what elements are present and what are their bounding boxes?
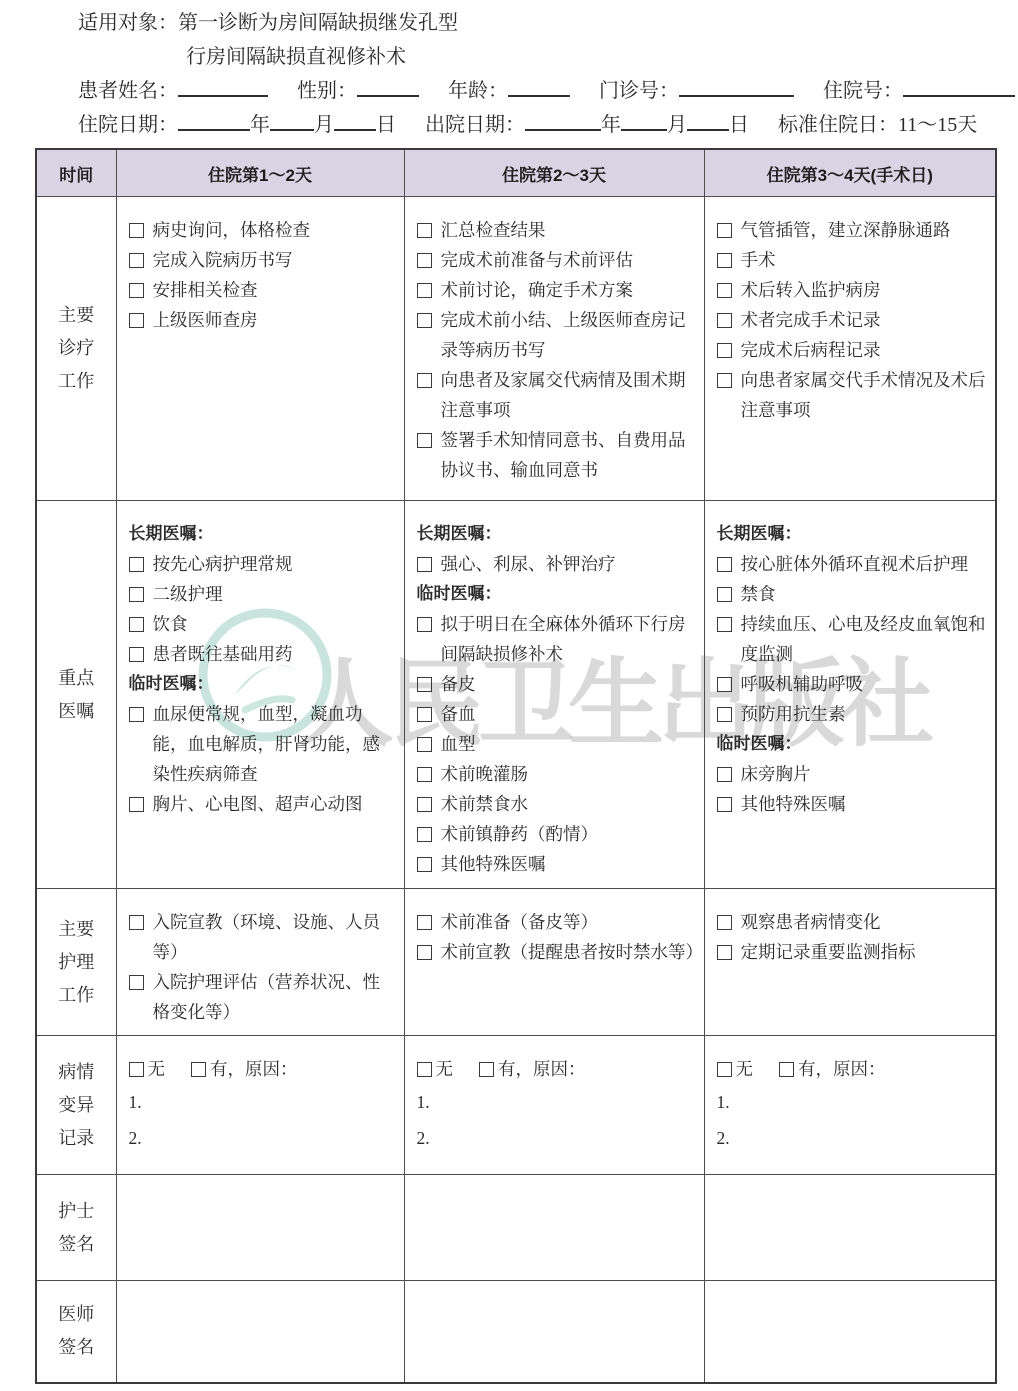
checkbox-label: 术前宣教（提醒患者按时禁水等） (441, 937, 696, 967)
checkbox-label: 无 (736, 1054, 754, 1084)
checkbox-label: 完成入院病历书写 (153, 245, 396, 275)
checkbox-item: 完成入院病历书写 (129, 245, 396, 275)
checkbox-item: 按先心病护理常规 (129, 549, 396, 579)
checkbox[interactable] (129, 587, 144, 602)
checkbox-label: 术前晚灌肠 (441, 759, 696, 789)
checkbox[interactable] (717, 343, 732, 358)
dates-line: 住院日期：年月日 出院日期：年月日 标准住院日：11～15天 (78, 110, 977, 140)
variation-options: 无有，原因： (129, 1054, 396, 1084)
table-row: 重点医嘱长期医嘱：按先心病护理常规二级护理饮食患者既往基础用药临时医嘱：血尿便常… (36, 501, 996, 889)
column-header: 住院第2～3天 (404, 149, 704, 197)
column-header: 住院第1～2天 (116, 149, 404, 197)
checkbox-label: 上级医师查房 (153, 305, 396, 335)
table-cell (116, 1281, 404, 1383)
checkbox[interactable] (717, 223, 732, 238)
checkbox-label: 饮食 (153, 609, 396, 639)
checkbox-item: 无 (417, 1054, 454, 1084)
checkbox-item: 禁食 (717, 579, 988, 609)
table-cell: 长期医嘱：按心脏体外循环直视术后护理禁食持续血压、心电及经皮血氧饱和度监测呼吸机… (704, 501, 996, 889)
checkbox-label: 无 (436, 1054, 454, 1084)
checkbox-item: 无 (717, 1054, 754, 1084)
discharge-month-field[interactable] (621, 111, 667, 131)
table-cell (116, 1175, 404, 1281)
table-cell: 长期医嘱：强心、利尿、补钾治疗临时医嘱：拟于明日在全麻体外循环下行房间隔缺损修补… (404, 501, 704, 889)
outpatient-no-label: 门诊号： (599, 80, 679, 102)
checkbox-item: 有，原因： (779, 1054, 886, 1084)
table-row: 主要诊疗工作病史询问，体格检查完成入院病历书写安排相关检查上级医师查房汇总检查结… (36, 197, 996, 501)
checkbox-label: 患者既往基础用药 (153, 639, 396, 669)
checkbox-label: 血尿便常规，血型，凝血功能，血电解质，肝肾功能，感染性疾病筛查 (153, 699, 396, 789)
checkbox-label: 入院护理评估（营养状况、性格变化等） (153, 967, 396, 1027)
checkbox-label: 术前讨论，确定手术方案 (441, 275, 696, 305)
checkbox[interactable] (717, 767, 732, 782)
age-label: 年龄： (448, 80, 508, 102)
checkbox[interactable] (717, 677, 732, 692)
table-cell: 入院宣教（环境、设施、人员等）入院护理评估（营养状况、性格变化等） (116, 889, 404, 1036)
checkbox[interactable] (717, 617, 732, 632)
table-cell (404, 1175, 704, 1281)
inpatient-no-field[interactable] (903, 77, 1015, 97)
checkbox[interactable] (417, 283, 432, 298)
pathway-table: 时间住院第1～2天住院第2～3天住院第3～4天(手术日) 主要诊疗工作病史询问，… (35, 148, 997, 1384)
checkbox-label: 气管插管，建立深静脉通路 (741, 215, 988, 245)
discharge-day-field[interactable] (687, 111, 729, 131)
discharge-year-field[interactable] (525, 111, 601, 131)
checkbox-item: 手术 (717, 245, 988, 275)
checkbox-label: 汇总检查结果 (441, 215, 696, 245)
checkbox[interactable] (417, 1062, 432, 1077)
checkbox-item: 定期记录重要监测指标 (717, 937, 988, 967)
order-heading: 临时医嘱： (717, 729, 988, 759)
checkbox-label: 床旁胸片 (741, 759, 988, 789)
column-header: 住院第3～4天(手术日) (704, 149, 996, 197)
patient-name-field[interactable] (178, 77, 268, 97)
checkbox[interactable] (717, 557, 732, 572)
applies-line-1: 适用对象：第一诊断为房间隔缺损继发孔型 (78, 8, 458, 38)
checkbox-item: 签署手术知情同意书、自费用品协议书、输血同意书 (417, 425, 696, 485)
checkbox-item: 病史询问，体格检查 (129, 215, 396, 245)
checkbox-label: 向患者及家属交代病情及围术期注意事项 (441, 365, 696, 425)
checkbox[interactable] (717, 373, 732, 388)
table-cell: 汇总检查结果完成术前准备与术前评估术前讨论，确定手术方案完成术前小结、上级医师查… (404, 197, 704, 501)
checkbox[interactable] (417, 857, 432, 872)
table-body: 主要诊疗工作病史询问，体格检查完成入院病历书写安排相关检查上级医师查房汇总检查结… (36, 197, 996, 1383)
applies-line-2: 行房间隔缺损直视修补术 (186, 42, 406, 72)
row-label: 医师签名 (36, 1281, 116, 1383)
checkbox-item: 向患者家属交代手术情况及术后注意事项 (717, 365, 988, 425)
column-header: 时间 (36, 149, 116, 197)
checkbox-item: 有，原因： (479, 1054, 586, 1084)
checkbox[interactable] (779, 1062, 794, 1077)
checkbox[interactable] (417, 617, 432, 632)
checkbox-item: 入院护理评估（营养状况、性格变化等） (129, 967, 396, 1027)
list-number: 2. (129, 1120, 396, 1156)
checkbox-item: 术前镇静药（酌情） (417, 819, 696, 849)
checkbox[interactable] (717, 283, 732, 298)
checkbox-item: 完成术前小结、上级医师查房记录等病历书写 (417, 305, 696, 365)
checkbox[interactable] (417, 677, 432, 692)
checkbox[interactable] (129, 915, 144, 930)
checkbox-item: 血尿便常规，血型，凝血功能，血电解质，肝肾功能，感染性疾病筛查 (129, 699, 396, 789)
table-row: 护士签名 (36, 1175, 996, 1281)
month-label-2: 月 (667, 114, 687, 136)
checkbox-item: 拟于明日在全麻体外循环下行房间隔缺损修补术 (417, 609, 696, 669)
checkbox-item: 入院宣教（环境、设施、人员等） (129, 907, 396, 967)
checkbox[interactable] (417, 767, 432, 782)
checkbox-label: 禁食 (741, 579, 988, 609)
checkbox[interactable] (717, 915, 732, 930)
checkbox[interactable] (129, 557, 144, 572)
patient-info-line: 患者姓名： 性别： 年龄： 门诊号： 住院号： (78, 76, 1015, 106)
year-label-2: 年 (601, 114, 621, 136)
day-label-2: 日 (729, 114, 749, 136)
checkbox-label: 持续血压、心电及经皮血氧饱和度监测 (741, 609, 988, 669)
checkbox[interactable] (717, 587, 732, 602)
checkbox-item: 按心脏体外循环直视术后护理 (717, 549, 988, 579)
checkbox[interactable] (191, 1062, 206, 1077)
checkbox[interactable] (417, 737, 432, 752)
checkbox-label: 完成术后病程记录 (741, 335, 988, 365)
table-cell: 无有，原因：1.2. (704, 1036, 996, 1175)
checkbox-label: 术者完成手术记录 (741, 305, 988, 335)
order-heading: 临时医嘱： (417, 579, 696, 609)
checkbox-label: 按先心病护理常规 (153, 549, 396, 579)
checkbox-label: 备皮 (441, 669, 696, 699)
table-cell: 术前准备（备皮等）术前宣教（提醒患者按时禁水等） (404, 889, 704, 1036)
outpatient-no-field[interactable] (679, 77, 794, 97)
checkbox-label: 完成术前准备与术前评估 (441, 245, 696, 275)
checkbox[interactable] (129, 1062, 144, 1077)
table-cell: 无有，原因：1.2. (404, 1036, 704, 1175)
table-row: 医师签名 (36, 1281, 996, 1383)
table-header-row: 时间住院第1～2天住院第2～3天住院第3～4天(手术日) (36, 149, 996, 197)
inpatient-no-label: 住院号： (823, 80, 903, 102)
checkbox[interactable] (129, 797, 144, 812)
checkbox-label: 二级护理 (153, 579, 396, 609)
checkbox-item: 其他特殊医嘱 (417, 849, 696, 879)
row-label: 重点医嘱 (36, 501, 116, 889)
checkbox-label: 拟于明日在全麻体外循环下行房间隔缺损修补术 (441, 609, 696, 669)
row-label: 主要诊疗工作 (36, 197, 116, 501)
checkbox[interactable] (129, 975, 144, 990)
checkbox[interactable] (417, 313, 432, 328)
checkbox[interactable] (417, 373, 432, 388)
table-cell (704, 1175, 996, 1281)
checkbox[interactable] (417, 557, 432, 572)
checkbox-label: 术后转入监护病房 (741, 275, 988, 305)
discharge-date-label: 出院日期： (425, 114, 525, 136)
checkbox-item: 汇总检查结果 (417, 215, 696, 245)
checkbox-item: 床旁胸片 (717, 759, 988, 789)
patient-name-label: 患者姓名： (78, 80, 178, 102)
checkbox[interactable] (129, 617, 144, 632)
table-row: 主要护理工作入院宣教（环境、设施、人员等）入院护理评估（营养状况、性格变化等）术… (36, 889, 996, 1036)
checkbox-item: 其他特殊医嘱 (717, 789, 988, 819)
checkbox-item: 术前禁食水 (417, 789, 696, 819)
applies-diagnosis: 第一诊断为房间隔缺损继发孔型 (178, 12, 458, 34)
checkbox[interactable] (717, 1062, 732, 1077)
order-heading: 临时医嘱： (129, 669, 396, 699)
admission-year-field[interactable] (178, 111, 250, 131)
checkbox-item: 无 (129, 1054, 166, 1084)
checkbox-item: 术者完成手术记录 (717, 305, 988, 335)
gender-label: 性别： (297, 80, 357, 102)
checkbox-label: 签署手术知情同意书、自费用品协议书、输血同意书 (441, 425, 696, 485)
checkbox-label: 术前准备（备皮等） (441, 907, 696, 937)
checkbox[interactable] (479, 1062, 494, 1077)
checkbox-item: 术前准备（备皮等） (417, 907, 696, 937)
checkbox-item: 术前讨论，确定手术方案 (417, 275, 696, 305)
checkbox-item: 观察患者病情变化 (717, 907, 988, 937)
checkbox-label: 向患者家属交代手术情况及术后注意事项 (741, 365, 988, 425)
checkbox-label: 有，原因： (798, 1054, 886, 1084)
list-number: 1. (417, 1084, 696, 1120)
checkbox-label: 观察患者病情变化 (741, 907, 988, 937)
checkbox[interactable] (417, 223, 432, 238)
day-label-1: 日 (376, 114, 396, 136)
checkbox-item: 上级医师查房 (129, 305, 396, 335)
checkbox[interactable] (129, 647, 144, 662)
checkbox-label: 胸片、心电图、超声心动图 (153, 789, 396, 819)
admission-month-field[interactable] (270, 111, 314, 131)
checkbox-label: 备血 (441, 699, 696, 729)
table-row: 病情变异记录无有，原因：1.2.无有，原因：1.2.无有，原因：1.2. (36, 1036, 996, 1175)
order-heading: 长期医嘱： (129, 519, 396, 549)
checkbox-item: 备血 (417, 699, 696, 729)
clinical-pathway-page: 人民卫生出版社 适用对象：第一诊断为房间隔缺损继发孔型 行房间隔缺损直视修补术 … (0, 0, 1018, 1391)
checkbox[interactable] (417, 827, 432, 842)
variation-options: 无有，原因： (717, 1054, 988, 1084)
checkbox-item: 二级护理 (129, 579, 396, 609)
order-heading: 长期医嘱： (717, 519, 988, 549)
age-field[interactable] (508, 77, 570, 97)
order-heading: 长期医嘱： (417, 519, 696, 549)
list-number: 1. (717, 1084, 988, 1120)
checkbox[interactable] (129, 253, 144, 268)
checkbox[interactable] (129, 223, 144, 238)
checkbox-item: 术前晚灌肠 (417, 759, 696, 789)
list-number: 1. (129, 1084, 396, 1120)
checkbox-label: 入院宣教（环境、设施、人员等） (153, 907, 396, 967)
checkbox-label: 其他特殊医嘱 (741, 789, 988, 819)
table-cell: 长期医嘱：按先心病护理常规二级护理饮食患者既往基础用药临时医嘱：血尿便常规，血型… (116, 501, 404, 889)
checkbox-item: 持续血压、心电及经皮血氧饱和度监测 (717, 609, 988, 669)
checkbox-item: 术前宣教（提醒患者按时禁水等） (417, 937, 696, 967)
list-number: 2. (417, 1120, 696, 1156)
checkbox-label: 其他特殊医嘱 (441, 849, 696, 879)
checkbox-item: 安排相关检查 (129, 275, 396, 305)
checkbox-item: 向患者及家属交代病情及围术期注意事项 (417, 365, 696, 425)
checkbox-item: 有，原因： (191, 1054, 298, 1084)
checkbox[interactable] (717, 707, 732, 722)
standard-stay-label: 标准住院日： (778, 114, 898, 136)
standard-stay-value: 11～15天 (898, 114, 977, 136)
checkbox[interactable] (717, 253, 732, 268)
table-cell (404, 1281, 704, 1383)
checkbox-label: 有，原因： (498, 1054, 586, 1084)
checkbox[interactable] (129, 283, 144, 298)
table-cell: 气管插管，建立深静脉通路手术术后转入监护病房术者完成手术记录完成术后病程记录向患… (704, 197, 996, 501)
year-label-1: 年 (250, 114, 270, 136)
gender-field[interactable] (357, 77, 419, 97)
checkbox[interactable] (417, 945, 432, 960)
checkbox-item: 气管插管，建立深静脉通路 (717, 215, 988, 245)
checkbox[interactable] (417, 433, 432, 448)
table-cell: 无有，原因：1.2. (116, 1036, 404, 1175)
checkbox[interactable] (129, 313, 144, 328)
checkbox-item: 备皮 (417, 669, 696, 699)
checkbox-label: 有，原因： (210, 1054, 298, 1084)
checkbox[interactable] (417, 797, 432, 812)
checkbox-label: 完成术前小结、上级医师查房记录等病历书写 (441, 305, 696, 365)
checkbox-item: 饮食 (129, 609, 396, 639)
checkbox-item: 完成术后病程记录 (717, 335, 988, 365)
checkbox-item: 术后转入监护病房 (717, 275, 988, 305)
checkbox-label: 呼吸机辅助呼吸 (741, 669, 988, 699)
checkbox-label: 手术 (741, 245, 988, 275)
checkbox[interactable] (717, 797, 732, 812)
checkbox-item: 完成术前准备与术前评估 (417, 245, 696, 275)
checkbox-item: 血型 (417, 729, 696, 759)
row-label: 护士签名 (36, 1175, 116, 1281)
checkbox-label: 无 (148, 1054, 166, 1084)
checkbox-item: 呼吸机辅助呼吸 (717, 669, 988, 699)
checkbox-item: 预防用抗生素 (717, 699, 988, 729)
checkbox-label: 血型 (441, 729, 696, 759)
table-cell: 观察患者病情变化定期记录重要监测指标 (704, 889, 996, 1036)
admission-date-label: 住院日期： (78, 114, 178, 136)
month-label-1: 月 (314, 114, 334, 136)
applies-label: 适用对象： (78, 12, 178, 34)
list-number: 2. (717, 1120, 988, 1156)
row-label: 主要护理工作 (36, 889, 116, 1036)
checkbox-label: 预防用抗生素 (741, 699, 988, 729)
checkbox[interactable] (417, 915, 432, 930)
checkbox-label: 术前禁食水 (441, 789, 696, 819)
checkbox[interactable] (417, 253, 432, 268)
applies-procedure: 行房间隔缺损直视修补术 (186, 46, 406, 68)
checkbox-item: 患者既往基础用药 (129, 639, 396, 669)
variation-options: 无有，原因： (417, 1054, 696, 1084)
checkbox[interactable] (717, 313, 732, 328)
table-head: 时间住院第1～2天住院第2～3天住院第3～4天(手术日) (36, 149, 996, 197)
admission-day-field[interactable] (334, 111, 376, 131)
checkbox-label: 定期记录重要监测指标 (741, 937, 988, 967)
checkbox-label: 按心脏体外循环直视术后护理 (741, 549, 988, 579)
checkbox-item: 强心、利尿、补钾治疗 (417, 549, 696, 579)
checkbox[interactable] (129, 707, 144, 722)
checkbox[interactable] (417, 707, 432, 722)
row-label: 病情变异记录 (36, 1036, 116, 1175)
checkbox-label: 术前镇静药（酌情） (441, 819, 696, 849)
checkbox-label: 病史询问，体格检查 (153, 215, 396, 245)
checkbox[interactable] (717, 945, 732, 960)
table-cell: 病史询问，体格检查完成入院病历书写安排相关检查上级医师查房 (116, 197, 404, 501)
table-cell (704, 1281, 996, 1383)
checkbox-item: 胸片、心电图、超声心动图 (129, 789, 396, 819)
checkbox-label: 强心、利尿、补钾治疗 (441, 549, 696, 579)
checkbox-label: 安排相关检查 (153, 275, 396, 305)
